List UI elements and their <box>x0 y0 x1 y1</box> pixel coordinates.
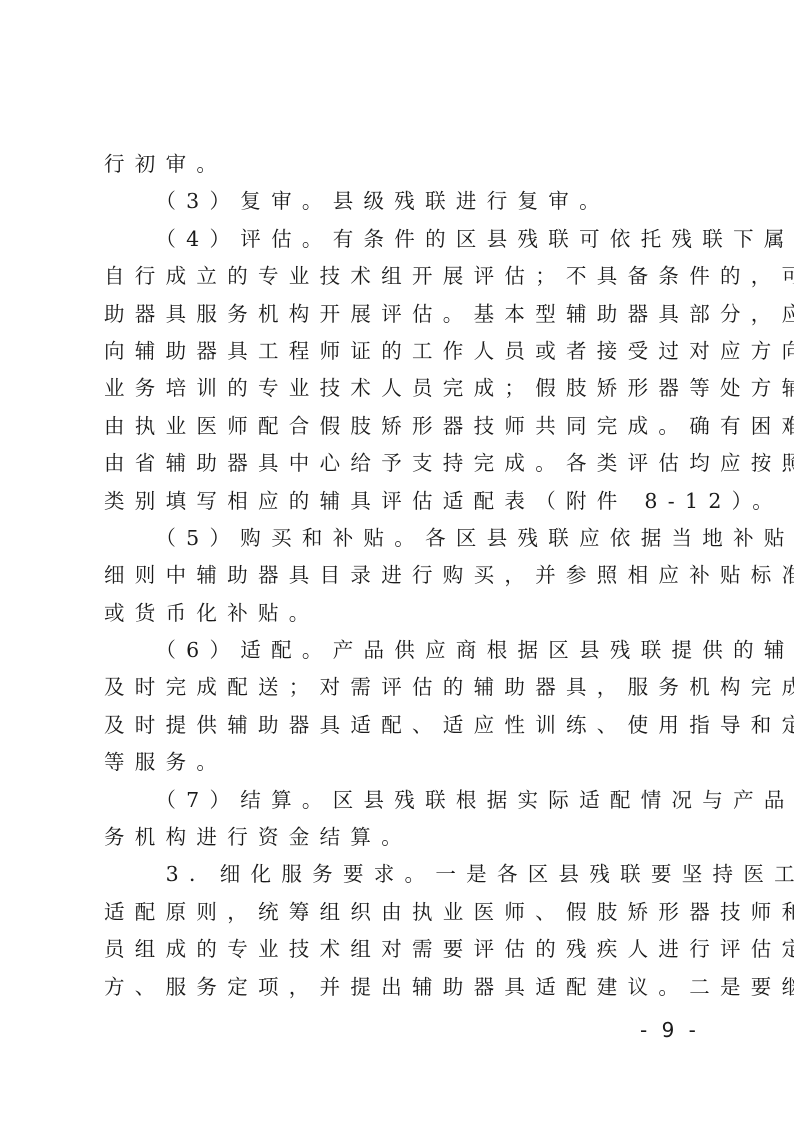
text-line: 由执业医师配合假肢矫形器技师共同完成。确有困难的，可申请 <box>104 408 696 445</box>
text-line: 由省辅助器具中心给予支持完成。各类评估均应按照残疾人申请 <box>104 445 696 482</box>
text-line: 员组成的专业技术组对需要评估的残疾人进行评估定性、适配定 <box>104 931 696 968</box>
text-line: 务机构进行资金结算。 <box>104 819 696 856</box>
text-line: （6）适配。产品供应商根据区县残联提供的辅助器具需求， <box>104 632 696 669</box>
text-line: 行初审。 <box>104 146 696 183</box>
text-line: （5）购买和补贴。各区县残联应依据当地补贴办法或实施 <box>104 520 696 557</box>
page-number: - 9 - <box>640 1018 700 1042</box>
text-line: 及时完成配送；对需评估的辅助器具，服务机构完成评估后，应 <box>104 669 696 706</box>
text-line: 业务培训的专业技术人员完成；假肢矫形器等处方辅助器具，应 <box>104 370 696 407</box>
text-line: 自行成立的专业技术组开展评估；不具备条件的，可协议定点辅 <box>104 258 696 295</box>
text-line: 方、服务定项，并提出辅助器具适配建议。二是要继续按照《关 <box>104 969 696 1006</box>
text-line: 适配原则，统筹组织由执业医师、假肢矫形器技师和辅具专业人 <box>104 894 696 931</box>
text-line: （3）复审。县级残联进行复审。 <box>104 183 696 220</box>
text-line: （4）评估。有条件的区县残联可依托残联下属服务机构或 <box>104 221 696 258</box>
text-line: 及时提供辅助器具适配、适应性训练、使用指导和定改制、维修 <box>104 707 696 744</box>
text-line: 或货币化补贴。 <box>104 595 696 632</box>
text-line: 3．细化服务要求。一是各区县残联要坚持医工结合、科学 <box>104 856 696 893</box>
body-text: 行初审。 （3）复审。县级残联进行复审。 （4）评估。有条件的区县残联可依托残联… <box>104 146 696 1006</box>
text-line: 等服务。 <box>104 744 696 781</box>
text-line: 助器具服务机构开展评估。基本型辅助器具部分，应由持对应方 <box>104 296 696 333</box>
text-line: （7）结算。区县残联根据实际适配情况与产品供应商、服 <box>104 782 696 819</box>
document-page: 行初审。 （3）复审。县级残联进行复审。 （4）评估。有条件的区县残联可依托残联… <box>0 0 794 1123</box>
text-line: 向辅助器具工程师证的工作人员或者接受过对应方向辅助器具 <box>104 333 696 370</box>
text-line: 类别填写相应的辅具评估适配表（附件 8-12）。 <box>104 483 696 520</box>
text-line: 细则中辅助器具目录进行购买，并参照相应补贴标准，开展实物 <box>104 557 696 594</box>
